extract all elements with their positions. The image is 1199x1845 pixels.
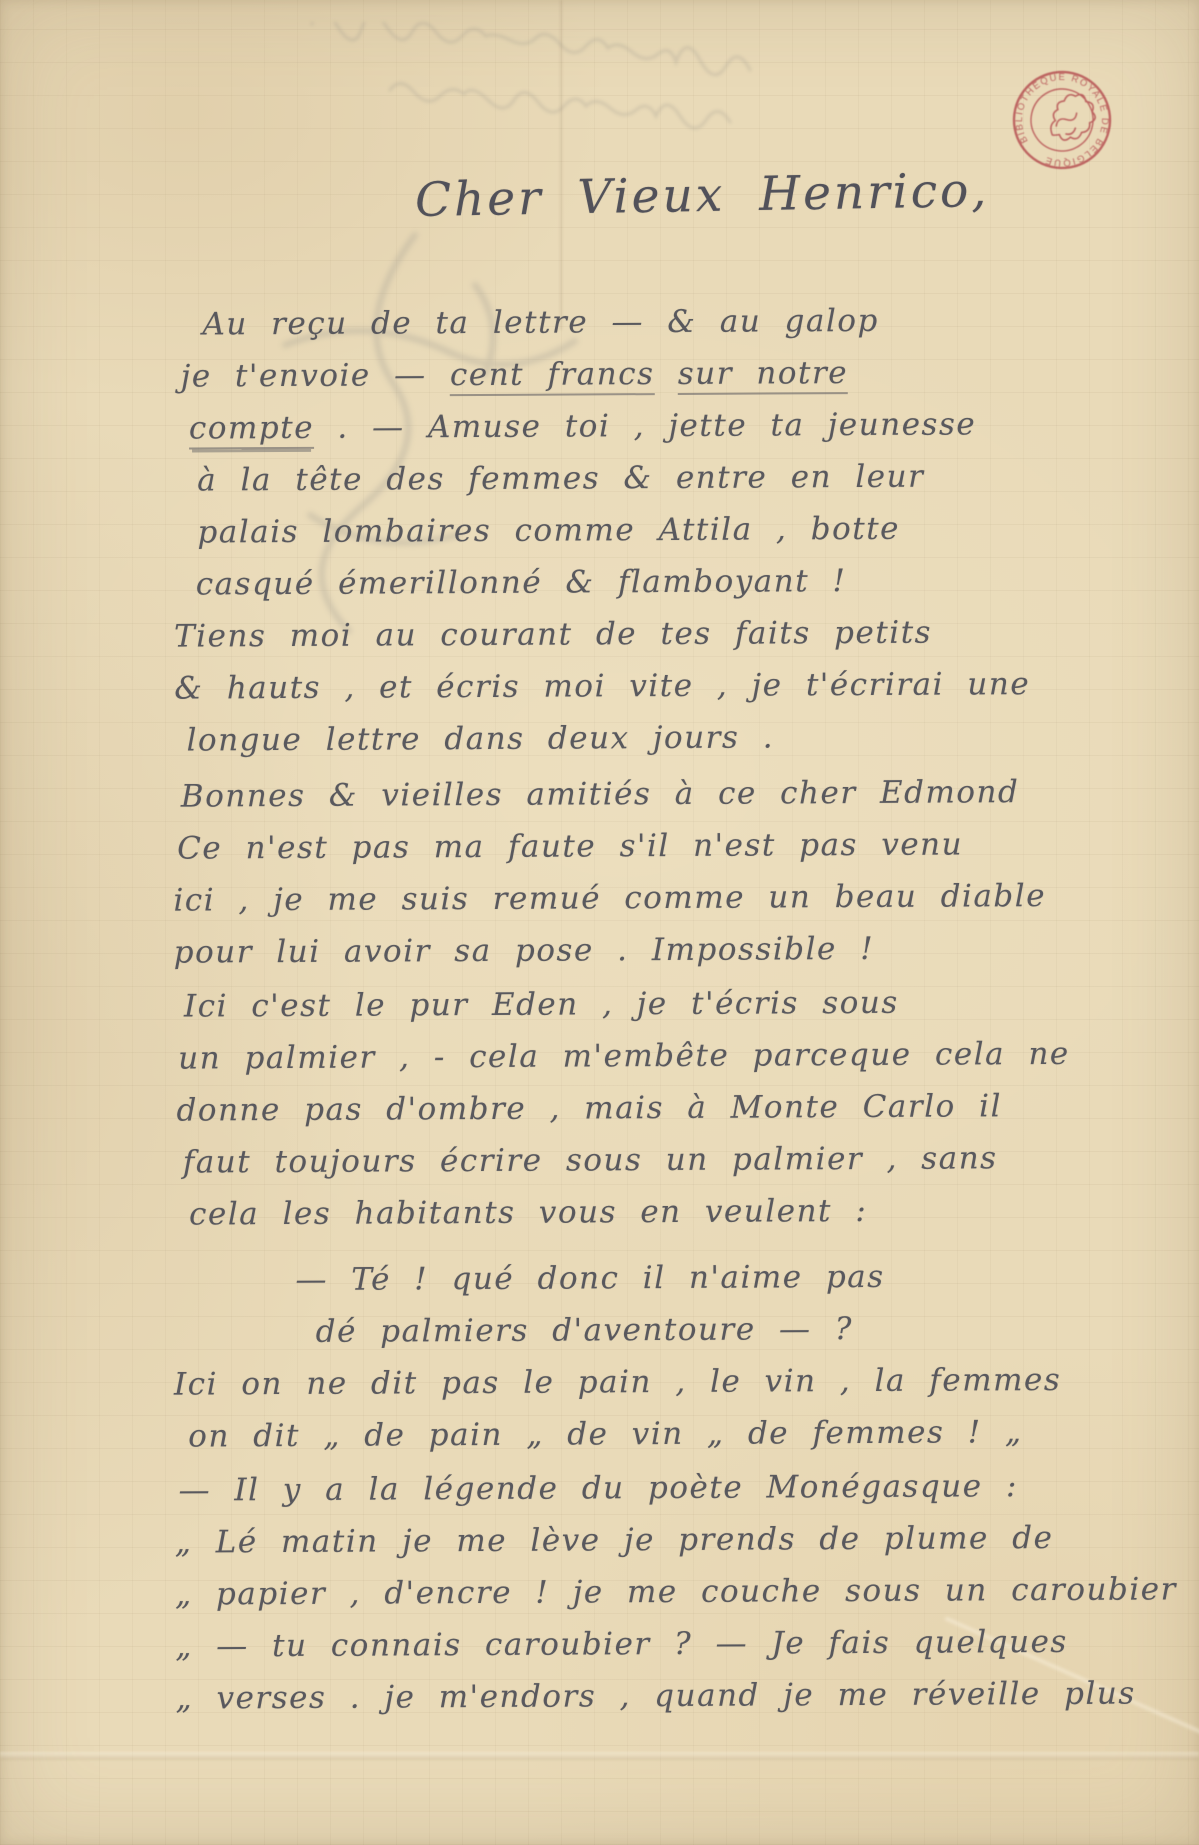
- handwritten-text: Tiens moi au courant de tes faits petits: [174, 615, 932, 655]
- handwritten-text: Bonnes & vieilles amitiés à ce cher Edmo…: [181, 774, 1020, 814]
- salutation: Cher Vieux Henrico,: [415, 163, 990, 228]
- handwritten-text: ici , je me suis remué comme un beau dia…: [173, 878, 1046, 919]
- letter-line: pour lui avoir sa pose . Impossible !: [174, 921, 1174, 978]
- letter-line: & hauts , et écris moi vite , je t'écrir…: [174, 657, 1172, 714]
- paper-crease-vertical: [560, 0, 562, 330]
- letter-line: Tiens moi au courant de tes faits petits: [174, 605, 1172, 662]
- handwritten-text: — Té ! qué donc il n'aime pas: [295, 1259, 884, 1298]
- handwritten-text: „ papier , d'encre ! je me couche sous u…: [175, 1571, 1177, 1612]
- handwritten-text: Ici on ne dit pas le pain , le vin , la …: [174, 1362, 1061, 1403]
- handwritten-text: faut toujours écrire sous un palmier , s…: [183, 1140, 998, 1180]
- handwritten-text: longue lettre dans deux jours .: [186, 719, 774, 758]
- letter-line: faut toujours écrire sous un palmier , s…: [183, 1131, 1175, 1188]
- letter-line: „ Lé matin je me lève je prends de plume…: [175, 1511, 1177, 1568]
- handwritten-text: on dit „ de pain „ de vin „ de femmes ! …: [188, 1414, 1023, 1454]
- letter-line: un palmier , - cela m'embête parceque ce…: [178, 1027, 1174, 1084]
- letter-line: donne pas d'ombre , mais à Monte Carlo i…: [176, 1079, 1174, 1136]
- handwritten-text: Au reçu de ta lettre — & au galop: [202, 303, 879, 343]
- letter-line: je t'envoie — cent francs sur notre: [181, 345, 1171, 402]
- letter-line: „ — tu connais caroubier ? — Je fais que…: [175, 1615, 1177, 1672]
- handwritten-text: palais lombaires comme Attila , botte: [197, 511, 900, 551]
- underlined-text: compte: [189, 410, 314, 450]
- handwritten-text: casqué émerillonné & flamboyant !: [196, 563, 847, 602]
- letter-line: ici , je me suis remué comme un beau dia…: [173, 869, 1173, 926]
- handwritten-text: „ verses . je m'endors , quand je me rév…: [176, 1676, 1136, 1717]
- letter-line: Ce n'est pas ma faute s'il n'est pas ven…: [177, 817, 1173, 874]
- letter-line: Ici on ne dit pas le pain , le vin , la …: [174, 1353, 1176, 1410]
- letter-line: — Té ! qué donc il n'aime pas: [295, 1249, 1175, 1306]
- letter-line: cela les habitants vous en veulent :: [189, 1183, 1175, 1240]
- handwritten-text: cela les habitants vous en veulent :: [189, 1193, 867, 1233]
- handwritten-text: un palmier , - cela m'embête parceque ce…: [178, 1036, 1070, 1077]
- letter-line: — Il y a la légende du poète Monégasque …: [178, 1459, 1176, 1516]
- underlined-text: cent francs: [450, 356, 655, 396]
- handwritten-text: Ce n'est pas ma faute s'il n'est pas ven…: [177, 826, 963, 866]
- handwritten-text: — Il y a la légende du poète Monégasque …: [178, 1468, 1018, 1508]
- letter-line: Bonnes & vieilles amitiés à ce cher Edmo…: [181, 765, 1173, 822]
- letter-line: Ici c'est le pur Eden , je t'écris sous: [184, 975, 1174, 1032]
- handwritten-text: donne pas d'ombre , mais à Monte Carlo i…: [176, 1088, 1002, 1128]
- handwritten-text: à la tête des femmes & entre en leur: [197, 459, 924, 499]
- handwritten-text: je t'envoie —: [181, 357, 450, 394]
- letter-line: palais lombaires comme Attila , botte: [197, 501, 1171, 558]
- letter-line: compte . — Amuse toi , jette ta jeunesse: [189, 397, 1171, 454]
- letter-line: casqué émerillonné & flamboyant !: [196, 553, 1172, 610]
- letter-line: on dit „ de pain „ de vin „ de femmes ! …: [188, 1405, 1176, 1462]
- handwritten-text: „ — tu connais caroubier ? — Je fais que…: [175, 1624, 1068, 1665]
- handwritten-text: & hauts , et écris moi vite , je t'écrir…: [174, 666, 1030, 706]
- letter-line: dé palmiers d'aventoure — ?: [316, 1301, 1176, 1358]
- handwritten-text: „ Lé matin je me lève je prends de plume…: [175, 1520, 1054, 1561]
- handwritten-text: Ici c'est le pur Eden , je t'écris sous: [184, 985, 899, 1025]
- handwritten-text: . — Amuse toi , jette ta jeunesse: [314, 406, 976, 445]
- handwritten-text: [654, 356, 678, 392]
- handwritten-text: pour lui avoir sa pose . Impossible !: [174, 931, 875, 971]
- paper-crease-horizontal: [0, 1752, 1199, 1760]
- letter-line: à la tête des femmes & entre en leur: [197, 449, 1171, 506]
- letter-line: „ papier , d'encre ! je me couche sous u…: [175, 1563, 1177, 1620]
- letter-body: Au reçu de ta lettre — & au galopje t'en…: [168, 293, 1177, 1724]
- letter-line: „ verses . je m'endors , quand je me rév…: [175, 1667, 1177, 1724]
- underlined-text: sur notre: [678, 355, 849, 395]
- handwritten-text: dé palmiers d'aventoure — ?: [316, 1311, 853, 1350]
- letter-line: Au reçu de ta lettre — & au galop: [202, 293, 1170, 350]
- letter-line: longue lettre dans deux jours .: [186, 709, 1172, 766]
